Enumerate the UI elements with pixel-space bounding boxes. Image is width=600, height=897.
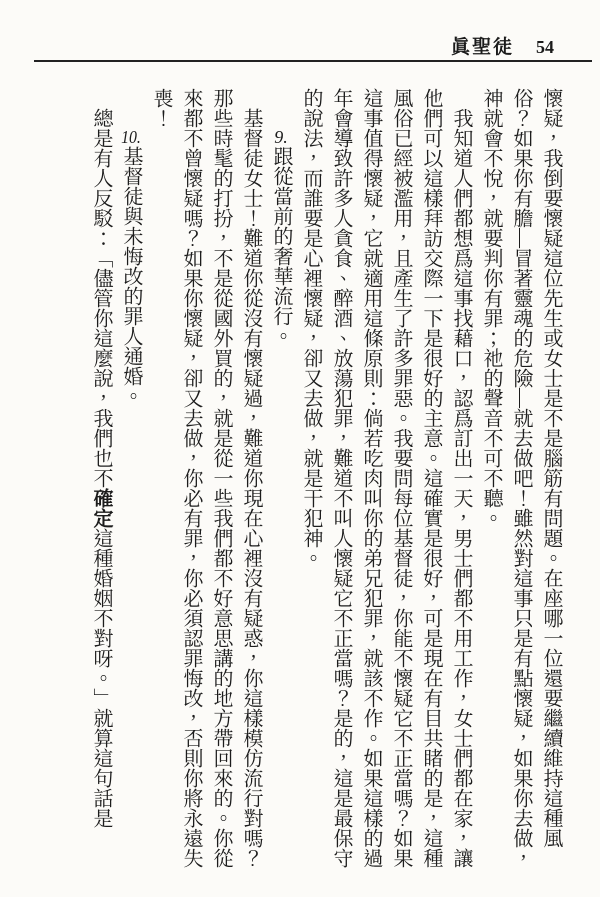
page-number: 54 bbox=[536, 37, 554, 57]
text-segment: 總是有人反駁：「儘管你這麼說，我們也不 bbox=[90, 108, 112, 488]
text-segment: 這種婚姻不對呀。」就算這句話是 bbox=[90, 528, 112, 828]
text-segment: 確定 bbox=[90, 488, 112, 528]
page-body: 懷疑，我倒要懷疑這位先生或女士是不是腦筋有問題。在座哪一位還要繼續維持這種風俗？… bbox=[86, 88, 566, 868]
header-rule bbox=[34, 60, 592, 62]
paragraph: 基督徒女士！難道你從沒有懷疑過，難道你現在心裡沒有疑惑，你這樣模仿流行對嗎？那些… bbox=[146, 88, 266, 868]
scanned-book-page: 眞聖徒 54 懷疑，我倒要懷疑這位先生或女士是不是腦筋有問題。在座哪一位還要繼續… bbox=[0, 0, 600, 897]
section-heading: 9.跟從當前的奢華流行。 bbox=[266, 88, 296, 868]
running-title: 眞聖徒 bbox=[451, 37, 514, 58]
text-segment: 跟從當前的奢華流行。 bbox=[270, 146, 292, 346]
heading-number: 9. bbox=[271, 128, 291, 146]
paragraph: 我知道人們都想爲這事找藉口，認爲訂出一天，男士們都不用工作，女士們都在家，讓他們… bbox=[296, 88, 476, 868]
text-segment: 懷疑，我倒要懷疑這位先生或女士是不是腦筋有問題。在座哪一位還要繼續維持這種風俗？… bbox=[480, 88, 562, 868]
text-segment: 基督徒女士！難道你從沒有懷疑過，難道你現在心裡沒有疑惑，你這樣模仿流行對嗎？那些… bbox=[150, 88, 262, 868]
paragraph: 總是有人反駁：「儘管你這麼說，我們也不確定這種婚姻不對呀。」就算這句話是 bbox=[86, 88, 116, 868]
paragraph: 懷疑，我倒要懷疑這位先生或女士是不是腦筋有問題。在座哪一位還要繼續維持這種風俗？… bbox=[476, 88, 566, 868]
section-heading: 10.基督徒與未悔改的罪人通婚。 bbox=[116, 88, 146, 868]
text-segment: 基督徒與未悔改的罪人通婚。 bbox=[120, 146, 142, 406]
running-header: 眞聖徒 54 bbox=[451, 32, 554, 59]
text-segment: 我知道人們都想爲這事找藉口，認爲訂出一天，男士們都不用工作，女士們都在家，讓他們… bbox=[300, 88, 472, 868]
heading-number: 10. bbox=[121, 128, 141, 146]
